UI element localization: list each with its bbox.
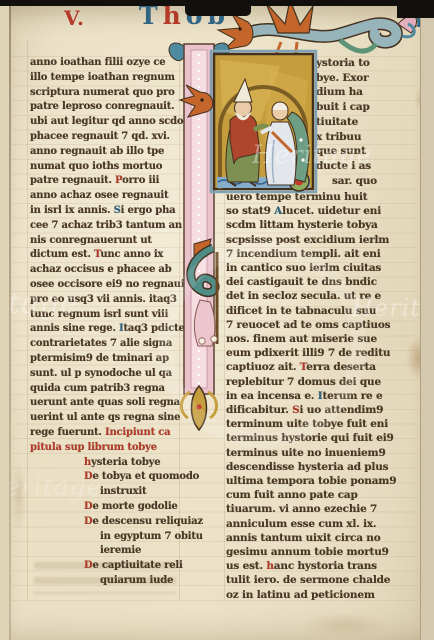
ruling-vertical [224, 40, 225, 600]
text-line: uerint ul ante qs regna sine [30, 411, 180, 426]
text-line: replebitur 7 domus dei que [226, 375, 430, 389]
capitula-list: hysteria tobyeDe tobya et quomodoinstrux… [30, 456, 180, 589]
text-line: patre regnauit. Porro iii [30, 174, 180, 189]
photo-top-edge [185, 0, 251, 16]
text-line: V. [64, 6, 85, 30]
text-line: det in secloz secula. ut re e [226, 289, 430, 303]
text-line: ieremie [30, 544, 180, 559]
text-line: in egyptum 7 obitu [30, 530, 180, 545]
text-line: contrarietates 7 alie signa [30, 337, 180, 352]
text-line: patre leproso conregnauit. [30, 100, 180, 115]
text-line: terminus uite no inueniem9 [226, 446, 430, 460]
text-line: 7 reuocet ad te oms captiuos [226, 318, 430, 332]
text-line: ubi aut legitur qd anno scdo [30, 115, 180, 130]
text-line: ducte i as [316, 159, 430, 174]
text-line: descendisse hysteria ad plus [226, 460, 430, 474]
text-line: uerunt ante quas soli regna [30, 396, 180, 411]
text-line: cum fuit anno pate cap [226, 488, 430, 502]
text-line: annis tantum uixit circa no [226, 531, 430, 545]
ruling-vertical [27, 40, 28, 600]
text-line: ultima tempora tobie ponam9 [226, 474, 430, 488]
text-line: uero tempe terminu huit [226, 190, 430, 204]
text-line: nos. finem aut miserie sue [226, 332, 430, 346]
text-line: cee 7 achaz trib3 tantum an [30, 219, 180, 234]
manuscript-photo: V. Thob ia anno ioathan filii ozye ceill… [0, 0, 434, 640]
text-line: tulit iero. de sermone chalde [226, 573, 430, 587]
right-column-narrow: ystoria tobye. Exordium habuit i captiui… [316, 56, 430, 188]
text-line: osee occisore ei9 no regnauit [30, 278, 180, 293]
text-line: tunc regnum isrl sunt viii [30, 308, 180, 323]
text-line: De morte godolie [30, 500, 180, 515]
text-line: achaz occisus e phacee ab [30, 263, 180, 278]
text-line: scpsisse post excidium ierlm [226, 233, 430, 247]
text-line: instruxit [30, 485, 180, 500]
page-left-margin [0, 5, 9, 640]
text-line: eum pdixerit illi9 7 de reditu [226, 346, 430, 360]
text-line: terminus hystorie qui fuit ei9 [226, 431, 430, 445]
text-line: De tobya et quomodo [30, 470, 180, 485]
text-line: tiuitate [316, 115, 430, 130]
text-line: annis sine rege. Itaq3 pdicte [30, 322, 180, 337]
text-line: illo tempe ioathan regnum [30, 71, 180, 86]
text-line: hysteria tobye [30, 456, 180, 471]
text-line: quiarum iude [30, 574, 180, 589]
page-fold-line [9, 5, 11, 640]
text-line: bye. Exor [316, 71, 430, 86]
text-line: dificabitur. Si uo attendim9 [226, 403, 430, 417]
text-line: in isrl ix annis. Si ergo pha [30, 204, 180, 219]
text-line: so stat9 Alucet. uidetur eni [226, 204, 430, 218]
text-line: scdm littam hysterie tobya [226, 218, 430, 232]
text-line: anno regnauit ab illo tpe [30, 145, 180, 160]
text-line: pitula sup librum tobye [30, 441, 180, 456]
photo-top-edge [397, 0, 434, 18]
text-line: ptermisim9 de tminari ap [30, 352, 180, 367]
text-line: tiuarum. vi anno ezechie 7 [226, 502, 430, 516]
text-line: oz in latinu ad peticionem [226, 588, 430, 602]
text-line: x tribuu [316, 130, 430, 145]
left-column: anno ioathan filii ozye ceillo tempe ioa… [30, 56, 180, 589]
text-line: dium ha [316, 85, 430, 100]
text-line: in ea incensa e. Iterum re e [226, 389, 430, 403]
text-line: que sunt [316, 144, 430, 159]
text-line: scriptura numerat quo pro [30, 86, 180, 101]
text-line: ystoria to [316, 56, 430, 71]
text-line: De descensu reliquiaz [30, 515, 180, 530]
text-line: gesimu annum tobie mortu9 [226, 545, 430, 559]
text-line: terminum uite tobye fuit eni [226, 417, 430, 431]
text-line: De captiuitate reli [30, 559, 180, 574]
text-line: anno achaz osee regnauit [30, 189, 180, 204]
text-line: nis conregnauerunt ut [30, 234, 180, 249]
text-line: phacee regnauit 7 qd. xvi. [30, 130, 180, 145]
text-line: captiuoz ait. Terra deserta [226, 360, 430, 374]
text-line: numat quo ioths mortuo [30, 160, 180, 175]
text-line: dei castigauit te dns bndic [226, 275, 430, 289]
folio-mark: V. [64, 6, 85, 30]
text-line: sunt. ul p synodoche ul qa [30, 367, 180, 382]
text-line: 7 incendium templi. ait eni [226, 247, 430, 261]
text-line: us est. hanc hystoria trans [226, 559, 430, 573]
text-line: dificet in te tabnaculu suu [226, 304, 430, 318]
page-right-edge [420, 18, 434, 640]
text-line: sar. quo [316, 174, 430, 189]
text-line: pro eo usq3 vii annis. itaq3 [30, 293, 180, 308]
right-column: uero tempe terminu huitso stat9 Alucet. … [226, 190, 430, 602]
text-line: in cantico suo ierlm ciuitas [226, 261, 430, 275]
text-line: dictum est. Tunc anno ix [30, 248, 180, 263]
text-line: quida cum patrib3 regna [30, 382, 180, 397]
text-line: anniculum esse cum xl. ix. [226, 517, 430, 531]
text-line: anno ioathan filii ozye ce [30, 56, 180, 71]
left-column-text: anno ioathan filii ozye ceillo tempe ioa… [30, 56, 180, 456]
text-line: buit i cap [316, 100, 430, 115]
text-line: rege fuerunt. Incipiunt ca [30, 426, 180, 441]
